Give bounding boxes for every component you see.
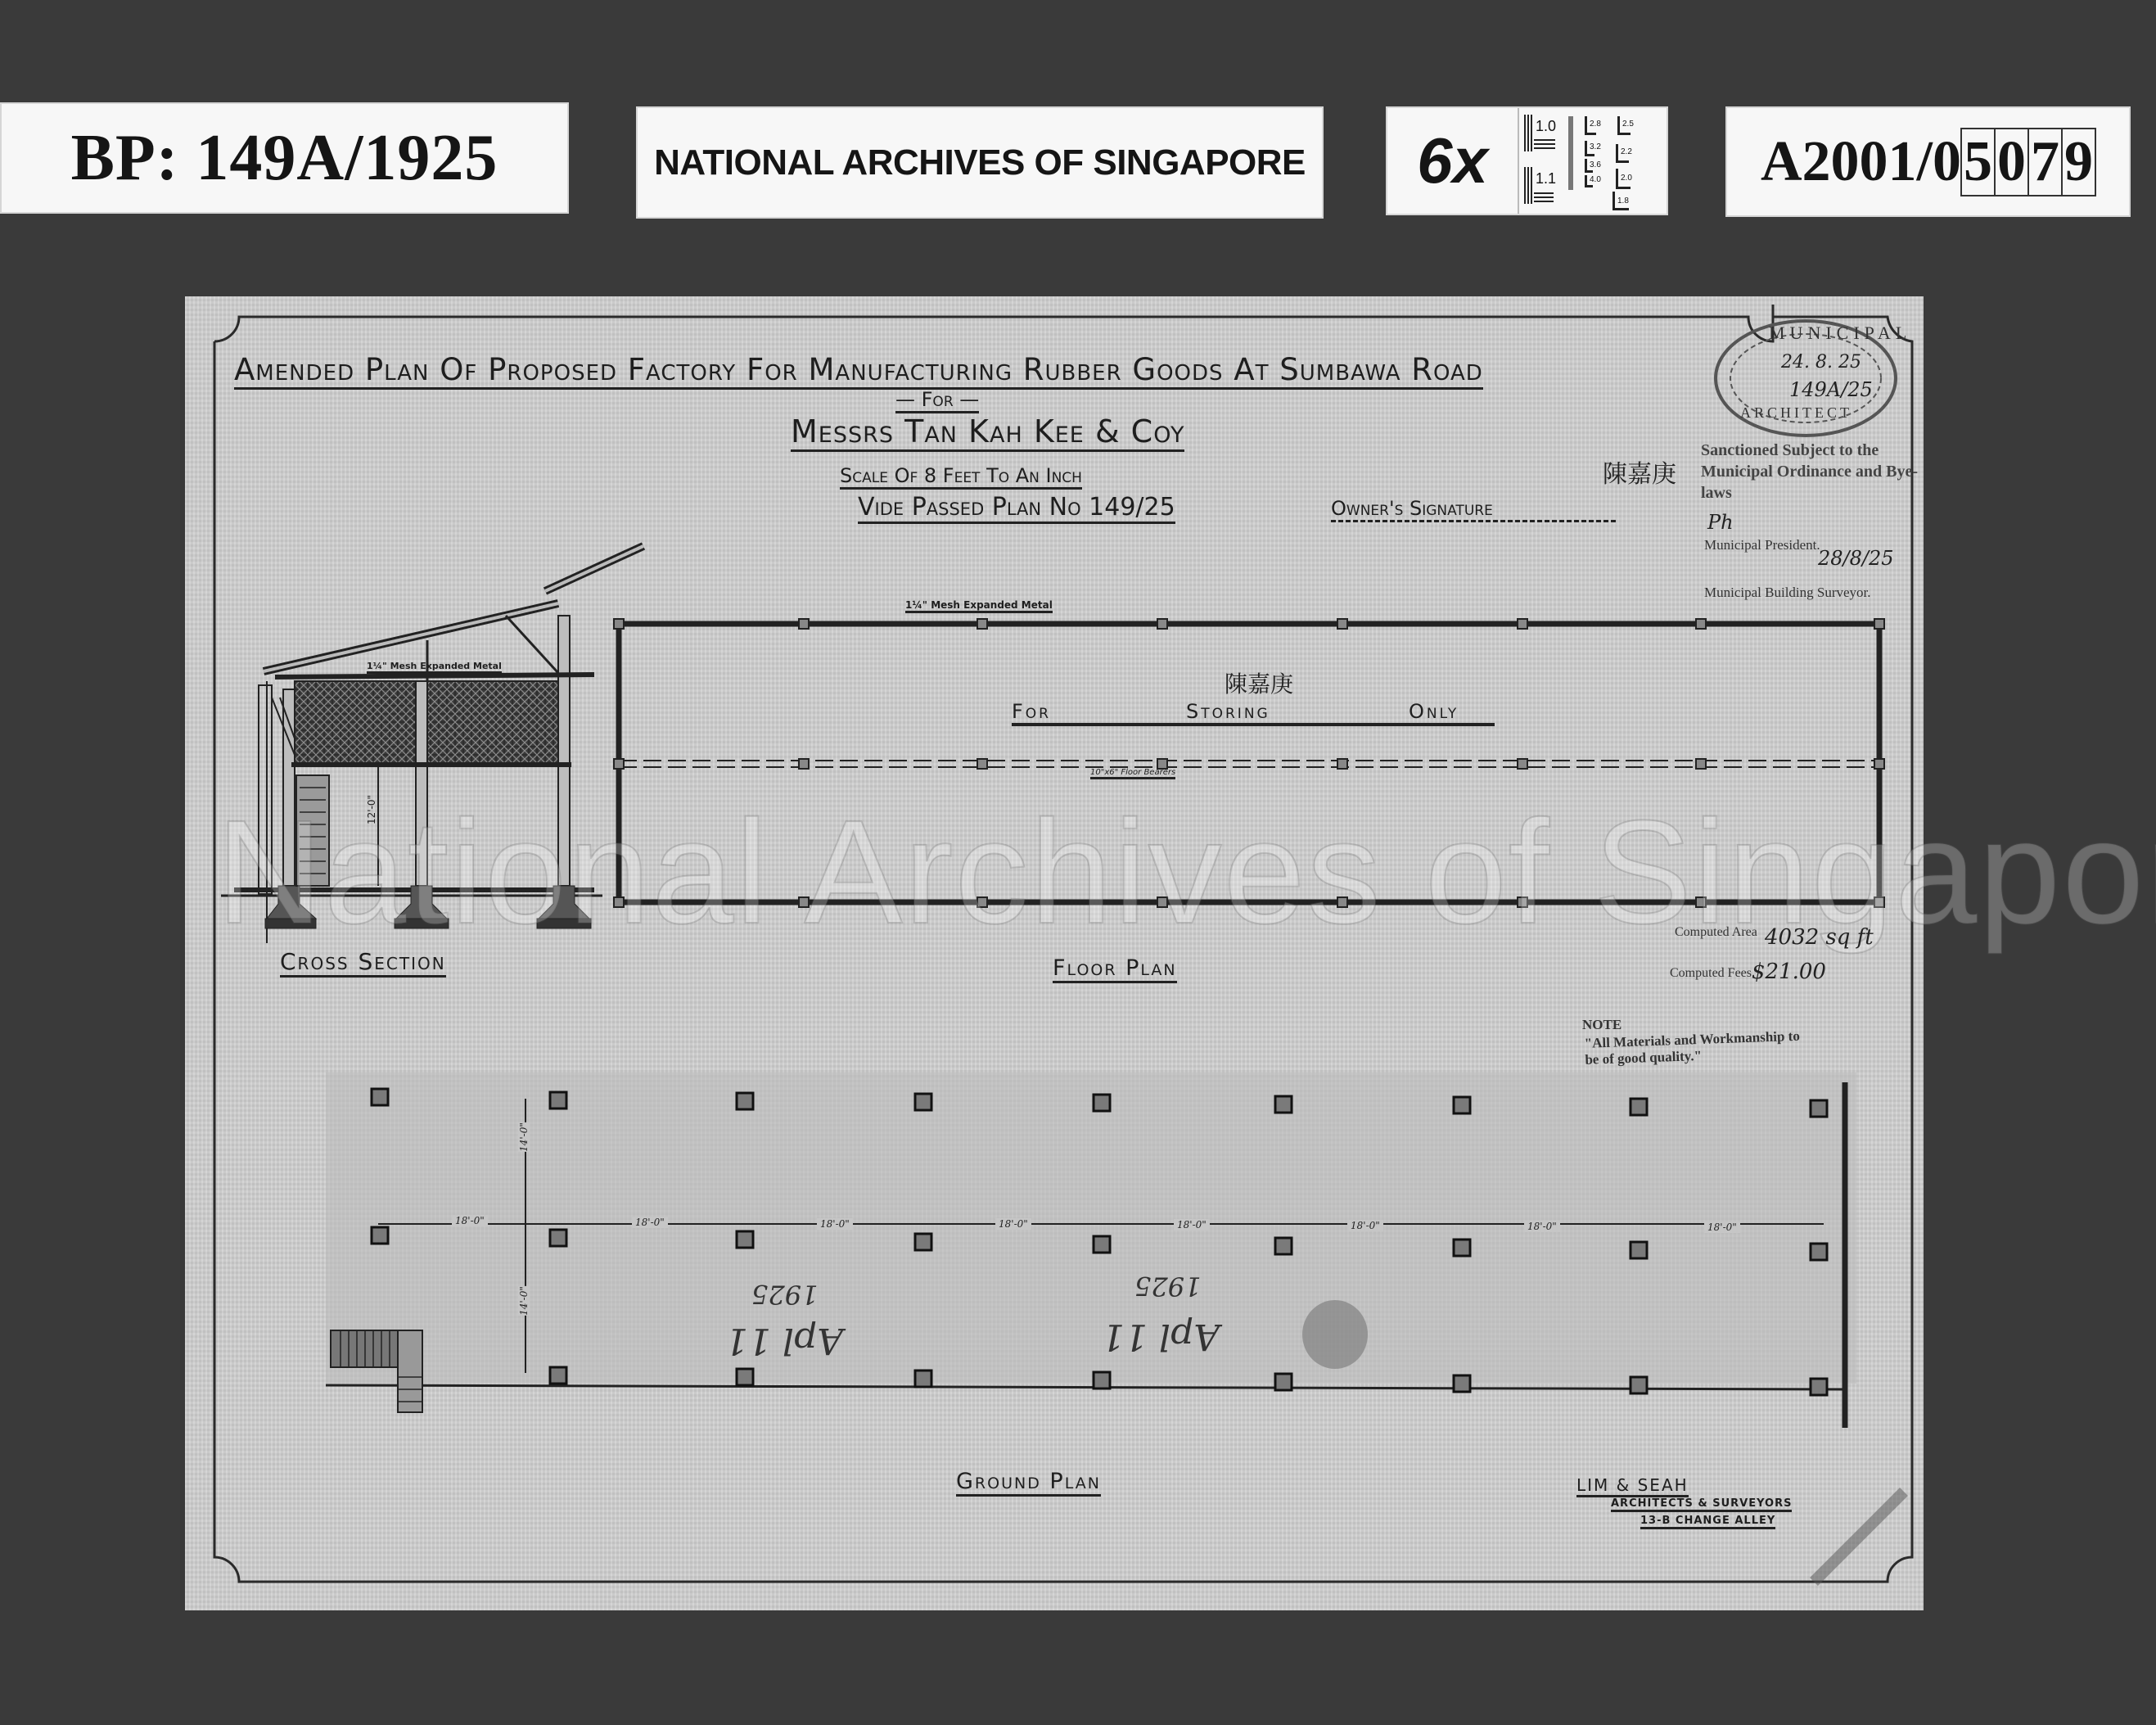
- computed-fees-label: Computed Fees.: [1670, 966, 1755, 981]
- use-note-word: Storing: [1186, 700, 1270, 723]
- mirrored-pencil-year: 1925: [751, 1279, 818, 1310]
- mirrored-pencil-date: Apl 11: [1102, 1316, 1220, 1357]
- floor-plan-mesh-note: 1¼" Mesh Expanded Metal: [905, 599, 1053, 613]
- accession-prefix: A2001/0: [1761, 129, 1961, 195]
- resolution-test-chart: 1.0 1.1 2.8 3.2 3.6 4.0 2.5 2.2 2.0 1.8: [1519, 108, 1667, 214]
- floor-bearers-note: 10"x6" Floor Bearers: [1090, 768, 1175, 779]
- computed-area-value: 4032 sq ft: [1765, 925, 1874, 950]
- architect-title: Architects & Surveyors: [1611, 1497, 1792, 1512]
- bay-dimension: 18'-0": [1524, 1221, 1560, 1232]
- accession-digit: 0: [1994, 128, 2029, 196]
- surveyor-label: Municipal Building Surveyor.: [1704, 585, 1871, 601]
- stamp-ring-bottom: ARCHITECT: [1740, 404, 1852, 422]
- president-date: 28/8/25: [1818, 547, 1894, 570]
- cross-section-height-dim: 12'-0": [366, 795, 377, 824]
- stamp-date: 24. 8. 25: [1781, 352, 1861, 373]
- reduction-ratio: 6x: [1387, 108, 1519, 214]
- svg-text:2.2: 2.2: [1621, 147, 1632, 156]
- svg-text:2.8: 2.8: [1590, 120, 1601, 129]
- cross-section-heading: Cross Section: [280, 948, 446, 978]
- drawing-title: Amended Plan Of Proposed Factory For Man…: [234, 352, 1483, 390]
- ground-plan-heading: Ground Plan: [956, 1469, 1101, 1497]
- president-signature: Ph: [1707, 511, 1734, 534]
- for-label: — For —: [895, 388, 979, 413]
- svg-text:4.0: 4.0: [1590, 175, 1601, 184]
- cross-dimension: 14'-0": [518, 1286, 530, 1316]
- president-label: Municipal President.: [1704, 537, 1820, 553]
- bay-dimension: 18'-0": [995, 1218, 1031, 1230]
- svg-text:1.0: 1.0: [1536, 118, 1556, 134]
- use-note-word: For: [1012, 700, 1051, 723]
- owner-signature-label: Owner's Signature: [1331, 497, 1616, 522]
- bay-dimension: 18'-0": [817, 1218, 853, 1230]
- use-note-word: Only: [1409, 700, 1459, 723]
- bay-dimension: 18'-0": [1704, 1221, 1740, 1233]
- architect-name: Lim & Seah: [1576, 1475, 1689, 1497]
- mirrored-pencil-year: 1925: [1134, 1271, 1201, 1302]
- stamp-ring-top: MUNICIPAL: [1769, 323, 1911, 344]
- bp-number-label: BP: 149A/1925: [0, 102, 569, 214]
- svg-text:1.1: 1.1: [1536, 170, 1556, 187]
- client-name: Messrs Tan Kah Kee & Coy: [791, 413, 1184, 452]
- architect-address: 13-B Change Alley: [1640, 1515, 1775, 1529]
- floor-plan-heading: Floor Plan: [1053, 955, 1177, 983]
- computed-fees-value: $21.00: [1752, 960, 1826, 984]
- computed-area-label: Computed Area: [1675, 925, 1757, 940]
- accession-digit: 7: [2027, 128, 2063, 196]
- svg-text:2.5: 2.5: [1622, 120, 1634, 129]
- cross-dimension: 14'-0": [518, 1122, 530, 1152]
- archive-name-label: NATIONAL ARCHIVES OF SINGAPORE: [636, 106, 1324, 219]
- floor-plan-chinese-note: 陳嘉庚: [1225, 666, 1293, 699]
- sanction-stamp: Sanctioned Subject to the Municipal Ordi…: [1701, 440, 1922, 504]
- floor-plan-use-note: For Storing Only: [1012, 700, 1495, 726]
- owner-chinese-signature: 陳嘉庚: [1603, 454, 1676, 490]
- resolution-bars-icon: 1.0 1.1 2.8 3.2 3.6 4.0 2.5 2.2 2.0 1.8: [1519, 108, 1667, 214]
- accession-digit: 9: [2061, 128, 2096, 196]
- cross-section-mesh-note: 1¼" Mesh Expanded Metal: [367, 661, 502, 674]
- vide-plan-note: Vide Passed Plan No 149/25: [858, 493, 1175, 524]
- bay-dimension: 18'-0": [632, 1217, 668, 1228]
- reduction-ratio-label: 6x 1.0 1.1 2.8: [1386, 106, 1668, 215]
- svg-text:3.6: 3.6: [1590, 160, 1601, 169]
- mirrored-pencil-date: Apl 11: [725, 1320, 843, 1361]
- bay-dimension: 18'-0": [1347, 1220, 1383, 1231]
- scale-note: Scale Of 8 Feet To An Inch: [840, 464, 1082, 490]
- svg-text:3.2: 3.2: [1590, 142, 1601, 151]
- svg-text:2.0: 2.0: [1621, 174, 1632, 183]
- accession-number-label: A2001/05079: [1725, 106, 2131, 217]
- svg-text:1.8: 1.8: [1617, 196, 1629, 205]
- stamp-plan-no: 149A/25: [1789, 378, 1873, 401]
- bay-dimension: 18'-0": [452, 1215, 488, 1226]
- note-stamp-title: NOTE: [1582, 1017, 1622, 1033]
- bay-dimension: 18'-0": [1174, 1219, 1210, 1231]
- accession-digit: 5: [1960, 128, 1996, 196]
- architectural-drawing-sheet: National Archives of Singapore Amended P…: [185, 296, 1924, 1610]
